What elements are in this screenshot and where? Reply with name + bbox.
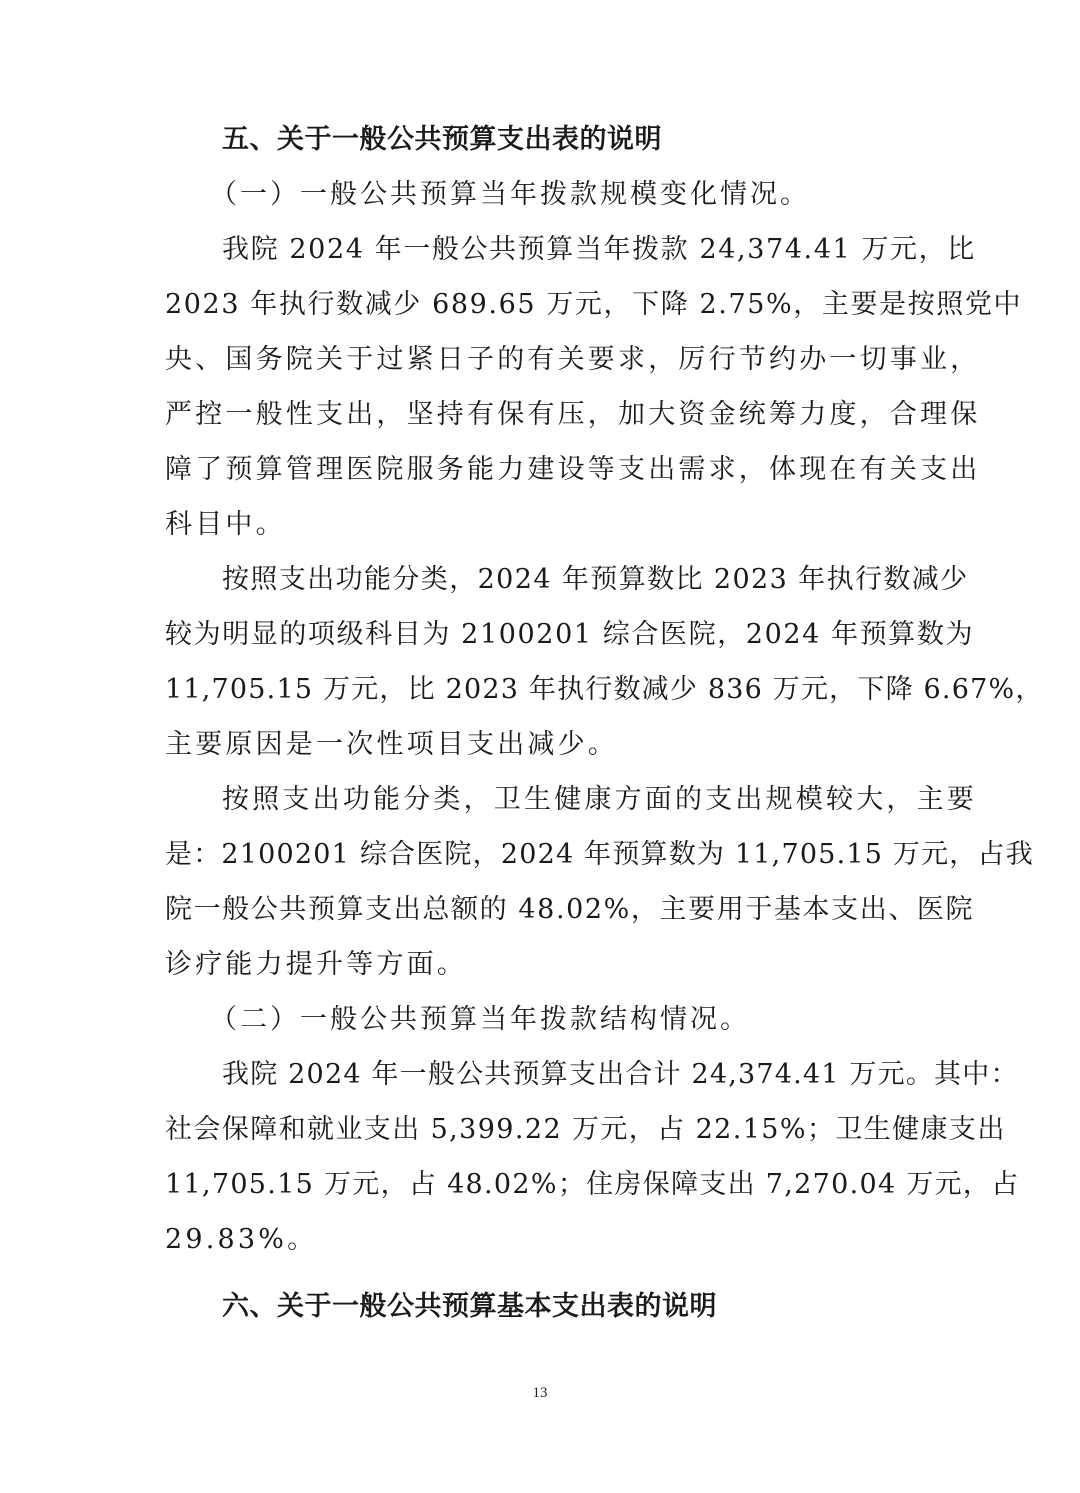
paragraph-line: 诊疗能力提升等方面。: [165, 948, 945, 982]
paragraph-line: 我院 2024 年一般公共预算当年拨款 24,374.41 万元，比: [222, 233, 1002, 267]
paragraph-line: 央、国务院关于过紧日子的有关要求，厉行节约办一切事业，: [165, 343, 945, 377]
paragraph-line: 29.83%。: [165, 1223, 945, 1257]
paragraph-line: 11,705.15 万元，占 48.02%；住房保障支出 7,270.04 万元…: [165, 1168, 945, 1202]
paragraph-line: 是：2100201 综合医院，2024 年预算数为 11,705.15 万元，占…: [165, 838, 945, 872]
paragraph-line: 障了预算管理医院服务能力建设等支出需求，体现在有关支出: [165, 453, 945, 487]
paragraph-line: 科目中。: [165, 508, 945, 542]
paragraph-line: 按照支出功能分类，卫生健康方面的支出规模较大，主要: [222, 783, 1002, 817]
page-number: 13: [0, 1385, 1080, 1402]
paragraph-line: 较为明显的项级科目为 2100201 综合医院，2024 年预算数为: [165, 618, 945, 652]
paragraph-line: 社会保障和就业支出 5,399.22 万元，占 22.15%；卫生健康支出: [165, 1113, 945, 1147]
paragraph-line: 2023 年执行数减少 689.65 万元，下降 2.75%，主要是按照党中: [165, 288, 945, 322]
section-5-heading: 五、关于一般公共预算支出表的说明: [222, 123, 1002, 157]
paragraph-line: 院一般公共预算支出总额的 48.02%，主要用于基本支出、医院: [165, 893, 945, 927]
paragraph-line: 严控一般性支出，坚持有保有压，加大资金统筹力度，合理保: [165, 398, 945, 432]
paragraph-line: 按照支出功能分类，2024 年预算数比 2023 年执行数减少: [222, 563, 1002, 597]
section-6-heading: 六、关于一般公共预算基本支出表的说明: [222, 1290, 1002, 1324]
subsection-1-heading: （一）一般公共预算当年拨款规模变化情况。: [210, 178, 990, 212]
paragraph-line: 主要原因是一次性项目支出减少。: [165, 728, 945, 762]
subsection-2-heading: （二）一般公共预算当年拨款结构情况。: [210, 1003, 990, 1037]
paragraph-line: 我院 2024 年一般公共预算支出合计 24,374.41 万元。其中：: [222, 1058, 1002, 1092]
document-page: 五、关于一般公共预算支出表的说明 （一）一般公共预算当年拨款规模变化情况。 我院…: [0, 0, 1080, 1493]
paragraph-line: 11,705.15 万元，比 2023 年执行数减少 836 万元，下降 6.6…: [165, 673, 945, 707]
